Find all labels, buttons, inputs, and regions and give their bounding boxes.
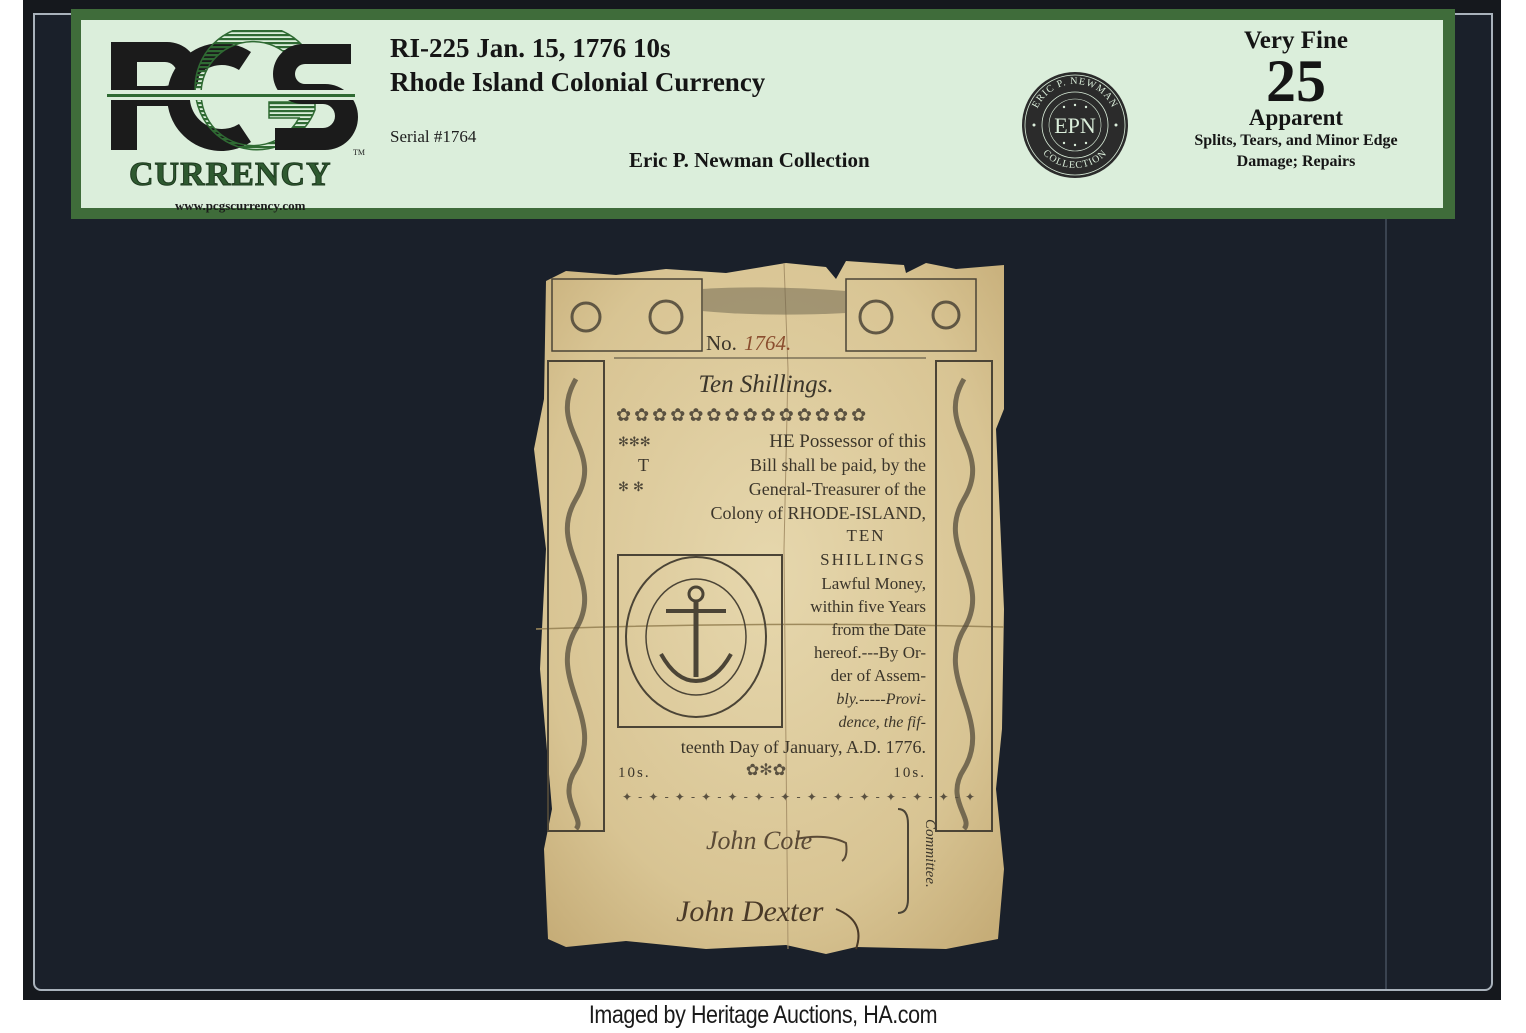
grade-note-line1: Splits, Tears, and Minor Edge — [1171, 130, 1421, 151]
svg-text:General-Treasurer of the: General-Treasurer of the — [749, 479, 926, 499]
svg-text:Ten Shillings.: Ten Shillings. — [698, 371, 833, 398]
svg-text:✿✿✿✿✿✿✿✿✿✿✿✿✿✿: ✿✿✿✿✿✿✿✿✿✿✿✿✿✿ — [616, 405, 869, 426]
svg-text:10s.: 10s. — [893, 765, 926, 781]
svg-text:✦-✦-✦-✦-✦-✦-✦-✦-✦-✦-✦-✦-✦-✦: ✦-✦-✦-✦-✦-✦-✦-✦-✦-✦-✦-✦-✦-✦ — [622, 790, 981, 804]
svg-text:1764.: 1764. — [744, 331, 791, 355]
svg-text:10s.: 10s. — [618, 765, 651, 781]
grade-number: 25 — [1171, 56, 1421, 106]
catalog-line: RI-225 Jan. 15, 1776 10s — [390, 33, 671, 64]
svg-text:No.: No. — [706, 331, 737, 355]
grade-note-line2: Damage; Repairs — [1171, 151, 1421, 172]
epn-seal-icon: ERIC P. NEWMAN COLLECTION EPN — [1020, 70, 1130, 180]
svg-text:Lawful Money,: Lawful Money, — [821, 574, 926, 593]
svg-text:HE Possessor of this: HE Possessor of this — [769, 431, 926, 452]
colonial-banknote: No. 1764. Ten Shillings. ✿✿✿✿✿✿✿✿✿✿✿✿✿✿ … — [526, 249, 1006, 954]
trademark-mark: TM — [353, 148, 365, 157]
pcgs-currency-logo: TM CURRENCY www.pcgscurrency.com — [101, 30, 361, 210]
svg-text:dence, the fif-: dence, the fif- — [838, 714, 926, 731]
grade-qualifier: Apparent — [1171, 106, 1421, 130]
svg-text:✻ ✻: ✻ ✻ — [618, 480, 644, 495]
svg-text:der of Assem-: der of Assem- — [831, 666, 927, 685]
serial-number: Serial #1764 — [390, 127, 476, 147]
svg-text:John Cole: John Cole — [706, 826, 812, 855]
svg-text:T: T — [638, 455, 649, 475]
pcgs-letters-icon — [101, 30, 361, 160]
logo-wordmark: CURRENCY — [129, 156, 332, 194]
grade-block: Very Fine 25 Apparent Splits, Tears, and… — [1171, 26, 1421, 172]
svg-text:TEN: TEN — [846, 526, 885, 545]
logo-url: www.pcgscurrency.com — [175, 198, 305, 214]
svg-text:bly.-----Provi-: bly.-----Provi- — [836, 691, 926, 708]
svg-text:Committee.: Committee. — [922, 819, 938, 888]
pcgs-holder: TM CURRENCY www.pcgscurrency.com RI-225 … — [23, 0, 1501, 1000]
title-line: Rhode Island Colonial Currency — [390, 67, 765, 98]
svg-text:John Dexter: John Dexter — [676, 895, 824, 928]
svg-text:EPN: EPN — [1054, 113, 1096, 138]
grading-label-inner: TM CURRENCY www.pcgscurrency.com RI-225 … — [81, 20, 1443, 208]
svg-text:from the Date: from the Date — [832, 620, 926, 639]
svg-text:Colony of RHODE-ISLAND,: Colony of RHODE-ISLAND, — [711, 503, 927, 523]
grading-label: TM CURRENCY www.pcgscurrency.com RI-225 … — [71, 9, 1455, 219]
svg-text:✻✻✻: ✻✻✻ — [618, 435, 651, 450]
svg-text:teenth Day of January, A.D. 17: teenth Day of January, A.D. 1776. — [681, 737, 926, 757]
pedigree-line: Eric P. Newman Collection — [629, 148, 870, 173]
svg-text:hereof.---By Or-: hereof.---By Or- — [814, 643, 926, 662]
svg-text:✿✻✿: ✿✻✿ — [746, 760, 786, 779]
svg-text:within five Years: within five Years — [810, 597, 926, 616]
svg-text:SHILLINGS: SHILLINGS — [820, 550, 926, 569]
svg-text:Bill shall be paid, by the: Bill shall be paid, by the — [750, 455, 926, 475]
image-credit: Imaged by Heritage Auctions, HA.com — [107, 1001, 1419, 1030]
